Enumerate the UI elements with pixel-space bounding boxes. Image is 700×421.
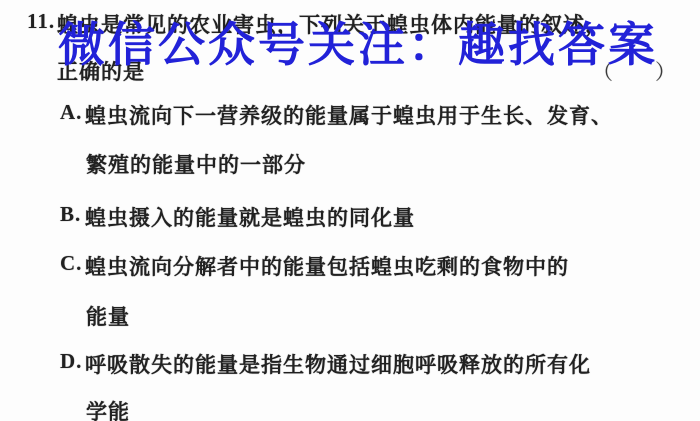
question-stem-line2: 正确的是 [57, 56, 145, 86]
option-b-label: B. [60, 202, 81, 227]
option-d-line1: 呼吸散失的能量是指生物通过细胞呼吸释放的所有化 [85, 349, 591, 379]
answer-brackets: （ ） [592, 56, 676, 86]
option-c-line1: 蝗虫流向分解者中的能量包括蝗虫吃剩的食物中的 [85, 251, 569, 281]
option-d-line2: 学能 [86, 396, 130, 421]
option-a-label: A. [60, 100, 82, 125]
option-a-line2: 繁殖的能量中的一部分 [86, 149, 306, 179]
exam-page: 11. 蝗虫是常见的农业害虫，下列关于蝗虫体内能量的叙述， 正确的是 （ ） A… [0, 0, 700, 421]
option-c-line2: 能量 [86, 301, 130, 331]
option-d-label: D. [60, 349, 82, 374]
option-b-line1: 蝗虫摄入的能量就是蝗虫的同化量 [85, 202, 415, 232]
option-c-label: C. [60, 251, 82, 276]
question-number: 11. [27, 9, 55, 34]
option-a-line1: 蝗虫流向下一营养级的能量属于蝗虫用于生长、发育、 [85, 100, 613, 130]
question-stem-line1: 蝗虫是常见的农业害虫，下列关于蝗虫体内能量的叙述， [57, 9, 607, 39]
